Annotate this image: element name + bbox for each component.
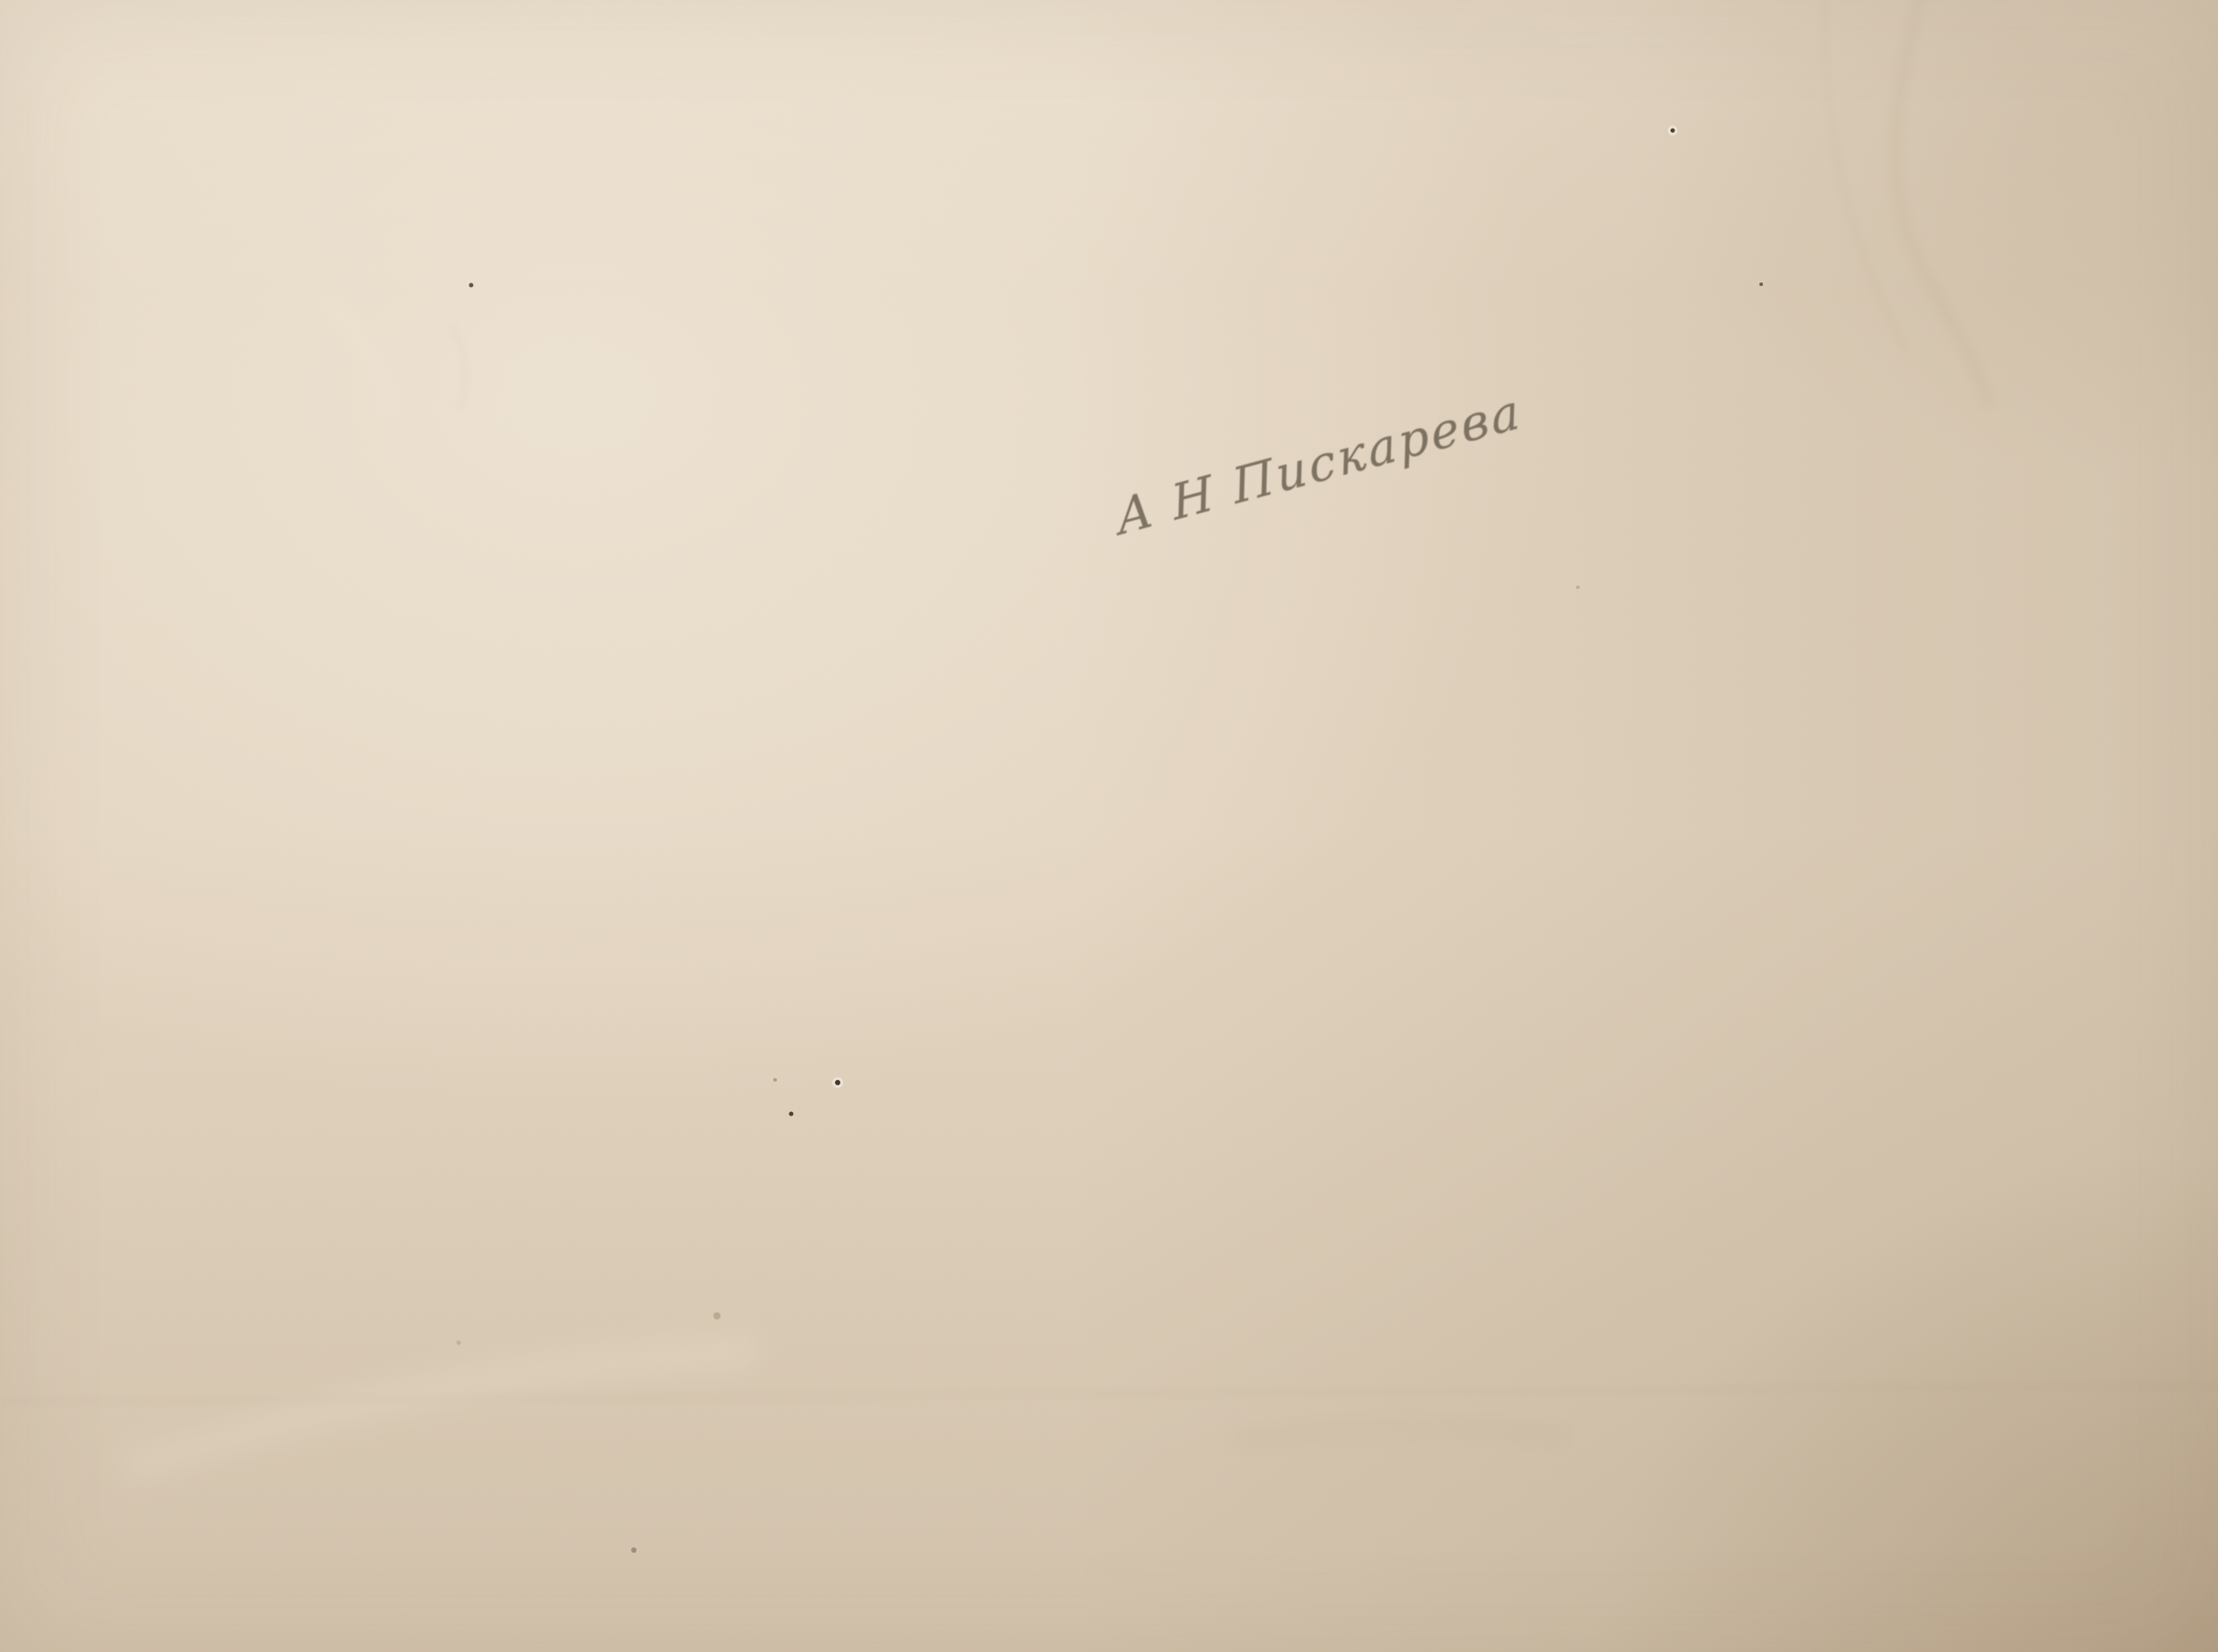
photo-of-paper-back: А Н Пискарева	[0, 0, 2218, 1652]
paper-sheet	[0, 0, 2218, 1652]
